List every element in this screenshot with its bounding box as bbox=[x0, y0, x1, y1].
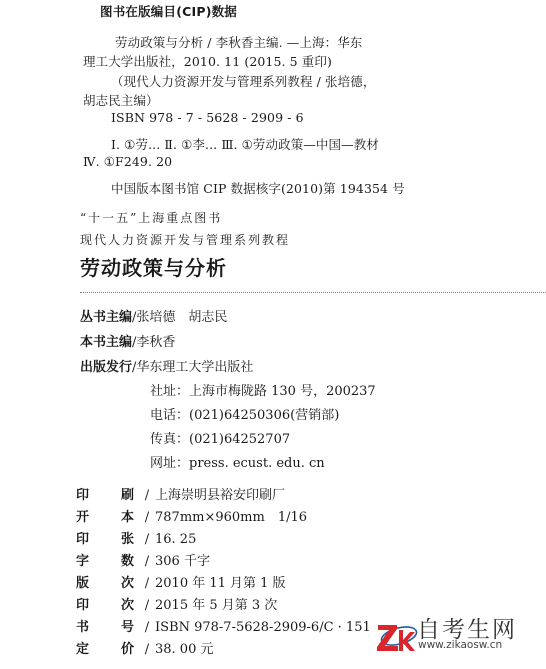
spec-label-b: 价 bbox=[121, 638, 139, 657]
spec-printing: 印次/2015 年 5 月第 3 次 bbox=[76, 594, 277, 613]
zk-logo-icon bbox=[375, 616, 419, 656]
dotted-divider bbox=[80, 292, 546, 293]
cip-isbn: ISBN 978 - 7 - 5628 - 2909 - 6 bbox=[111, 110, 304, 125]
spec-label-b: 次 bbox=[121, 594, 139, 613]
spec-label-b: 张 bbox=[121, 528, 139, 547]
spec-sep: / bbox=[139, 576, 155, 591]
credit-value: 张培德 胡志民 bbox=[136, 310, 227, 325]
cip-heading: 图书在版编目(CIP)数据 bbox=[100, 2, 237, 20]
spec-isbn: 书号/ISBN 978-7-5628-2909-6/C · 151 bbox=[76, 616, 371, 635]
credit-label: 丛书主编 bbox=[80, 310, 132, 325]
spec-value: 2015 年 5 月第 3 次 bbox=[155, 598, 277, 613]
spec-printer: 印刷/上海崇明县裕安印刷厂 bbox=[76, 484, 285, 503]
credit-label: 本书主编 bbox=[80, 335, 132, 350]
book-title: 劳动政策与分析 bbox=[80, 252, 227, 281]
watermark-url: www.zikaosw.cn bbox=[418, 639, 502, 651]
spec-sep: / bbox=[139, 554, 155, 569]
spec-label-b: 刷 bbox=[121, 484, 139, 503]
cip-line-3: （现代人力资源开发与管理系列教程 / 张培德， bbox=[111, 72, 375, 90]
spec-label-b: 本 bbox=[121, 506, 139, 525]
spec-sep: / bbox=[139, 642, 155, 657]
spec-label-b: 次 bbox=[121, 572, 139, 591]
spec-word-count: 字数/306 千字 bbox=[76, 550, 210, 569]
spec-value: 2010 年 11 月第 1 版 bbox=[155, 576, 286, 591]
publisher-website[interactable]: 网址：press. ecust. edu. cn bbox=[150, 452, 325, 471]
series-name: 现代人力资源开发与管理系列教程 bbox=[80, 231, 290, 248]
series-badge: “十一五”上海重点图书 bbox=[80, 209, 222, 226]
spec-price: 定价/38. 00 元 bbox=[76, 638, 213, 657]
spec-label-a: 印 bbox=[76, 484, 121, 503]
credit-publisher: 出版发行/华东理工大学出版社 bbox=[80, 356, 253, 375]
spec-edition: 版次/2010 年 11 月第 1 版 bbox=[76, 572, 286, 591]
credit-value: 李秋香 bbox=[136, 335, 175, 350]
publisher-phone: 电话：(021)64250306(营销部) bbox=[150, 404, 339, 423]
spec-label-b: 号 bbox=[121, 616, 139, 635]
spec-label-a: 开 bbox=[76, 506, 121, 525]
spec-value: 38. 00 元 bbox=[155, 642, 213, 657]
spec-label-a: 字 bbox=[76, 550, 121, 569]
spec-sheets: 印张/16. 25 bbox=[76, 528, 196, 547]
credit-value: 华东理工大学出版社 bbox=[136, 360, 253, 375]
spec-label-a: 印 bbox=[76, 594, 121, 613]
publisher-fax: 传真：(021)64252707 bbox=[150, 428, 290, 447]
credit-book-editor: 本书主编/李秋香 bbox=[80, 331, 175, 350]
spec-sep: / bbox=[139, 532, 155, 547]
credit-label: 出版发行 bbox=[80, 360, 132, 375]
credit-series-editor: 丛书主编/张培德 胡志民 bbox=[80, 306, 227, 325]
cip-classification-2: Ⅳ. ①F249. 20 bbox=[83, 154, 172, 169]
watermark-logo[interactable]: 自考生网 www.zikaosw.cn bbox=[375, 614, 545, 658]
spec-label-a: 版 bbox=[76, 572, 121, 591]
publisher-address: 社址：上海市梅陇路 130 号，200237 bbox=[150, 380, 376, 399]
spec-sep: / bbox=[139, 488, 155, 503]
spec-value: 上海崇明县裕安印刷厂 bbox=[155, 488, 285, 503]
spec-label-a: 印 bbox=[76, 528, 121, 547]
spec-value: ISBN 978-7-5628-2909-6/C · 151 bbox=[155, 620, 371, 635]
cip-classification-1: Ⅰ. ①劳... Ⅱ. ①李... Ⅲ. ①劳动政策—中国—教材 bbox=[111, 135, 379, 153]
spec-value: 16. 25 bbox=[155, 532, 196, 547]
spec-value: 306 千字 bbox=[155, 554, 210, 569]
cip-line-1: 劳动政策与分析 / 李秋香主编. —上海：华东 bbox=[115, 33, 362, 51]
cip-line-4: 胡志民主编） bbox=[83, 91, 159, 109]
spec-sep: / bbox=[139, 620, 155, 635]
cip-approval-number: 中国版本图书馆 CIP 数据核字(2010)第 194354 号 bbox=[111, 179, 405, 197]
spec-sep: / bbox=[139, 510, 155, 525]
spec-label-a: 书 bbox=[76, 616, 121, 635]
spec-label-a: 定 bbox=[76, 638, 121, 657]
spec-sep: / bbox=[139, 598, 155, 613]
cip-line-2: 理工大学出版社，2010. 11 (2015. 5 重印) bbox=[83, 52, 332, 70]
spec-value: 787mm×960mm 1/16 bbox=[155, 510, 307, 525]
spec-label-b: 数 bbox=[121, 550, 139, 569]
spec-format: 开本/787mm×960mm 1/16 bbox=[76, 506, 307, 525]
